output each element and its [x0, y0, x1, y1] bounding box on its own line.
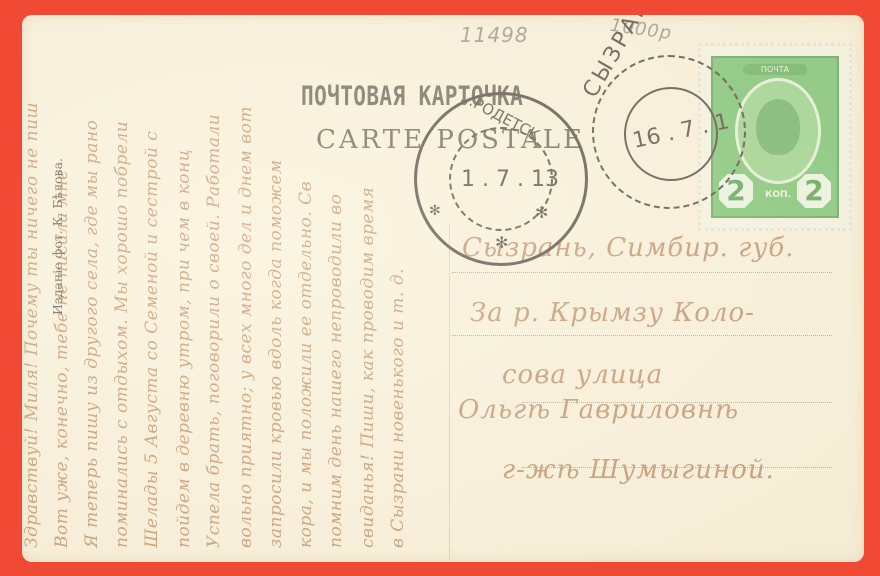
address-line: сова улица [502, 360, 663, 390]
message-line: поминались с отдыхом. Мы хорошо побрели [112, 121, 132, 548]
message-line: Шелады 5 Августа со Семеной и сестрой с [142, 131, 162, 548]
message-line: свиданья! Пиши, как проводим время [358, 187, 378, 548]
message-line: в Сызрани новенького и т. д. [388, 268, 408, 548]
address-line: Ольгѣ Гавриловнѣ [458, 395, 739, 425]
address-rule [452, 272, 832, 273]
stamp-portrait-oval [735, 78, 821, 184]
message-line: Я теперь пишу из другого села, где мы ра… [82, 120, 102, 548]
stamp-currency: КОП. [765, 190, 791, 200]
message-line: пойдем в деревню утром, при чем в конц [174, 149, 194, 548]
address-line: За р. Крымзу Коло- [470, 298, 755, 328]
message-line: Здравствуй! Миля! Почему ты ничего не пи… [22, 102, 42, 548]
postmark-star-icon: ✻ [429, 203, 441, 219]
stamp-label: ПОЧТА [743, 64, 807, 75]
postmark-date: 1 . 7 . 13 [461, 167, 559, 192]
message-line: кора, и мы положили ее отдельно. Св [296, 181, 316, 548]
message-line: Успела брать, поговорили о своей. Работа… [204, 114, 224, 548]
message-line: вольно приятно; у всех много дел и днем … [236, 106, 256, 548]
stamp-denomination-right: 2 [797, 174, 831, 208]
address-line: г-жѣ Шумыгиной. [502, 455, 775, 485]
message-line: запросили кровью вдоль когда поможем [266, 159, 286, 548]
message-line: помним день нашего непроводили во [326, 194, 346, 548]
portrait-icon [756, 99, 800, 155]
postmark-departure: 1 . 7 . 13 ...РОДЕТСК ✻ ✻ ✻ [414, 92, 588, 266]
handwritten-message: Здравствуй! Миля! Почему ты ничего не пи… [22, 42, 442, 562]
postmark-star-icon: ✻ [495, 233, 508, 252]
postmark-arrival: 16 . 7 . 1 СЫЗРАНЬ [592, 55, 746, 209]
publisher-imprint: Изданіе фот. К. Бѣлова. [50, 158, 65, 315]
pencil-inventory-number: 11498 [460, 23, 529, 47]
postcard-back: 11498 1000р ПОЧТОВАЯ КАРТОЧКА CARTE POST… [22, 15, 864, 562]
address-rule [452, 335, 832, 336]
address-divider [449, 225, 450, 560]
postmark-star-icon: ✻ [535, 203, 548, 222]
